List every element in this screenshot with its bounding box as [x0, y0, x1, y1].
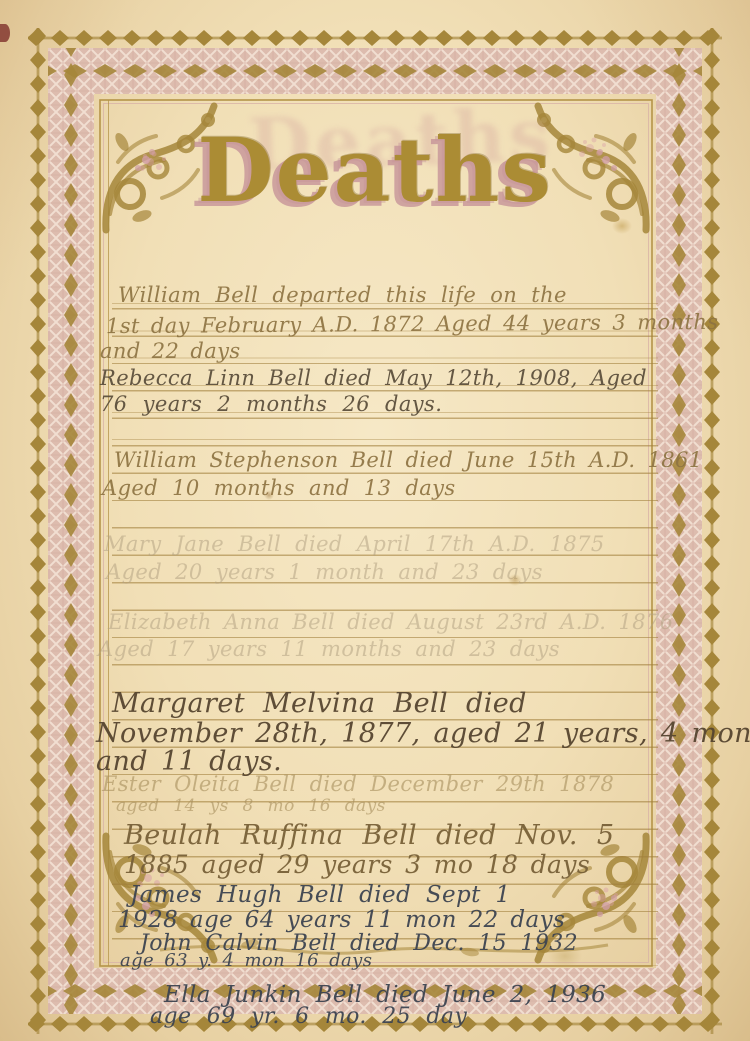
entry-john-calvin-bell-line2: age 63 y. 4 mon 16 days — [120, 950, 372, 972]
border-diamonds-top — [48, 63, 702, 79]
entry-margaret-melvina-bell-line1: Margaret Melvina Bell died — [112, 688, 527, 720]
entry-rebecca-linn-bell-line2: 76 years 2 months 26 days. — [100, 392, 442, 417]
page-title: Deaths — [0, 118, 750, 222]
entry-william-bell-line2: 1st day February A.D. 1872 Aged 44 years… — [106, 310, 719, 339]
entry-elizabeth-anna-bell-line1: Elizabeth Anna Bell died August 23rd A.D… — [108, 610, 674, 635]
entry-william-stephenson-bell-line1: William Stephenson Bell died June 15th A… — [114, 448, 703, 473]
entry-william-stephenson-bell-line2: Aged 10 months and 13 days — [102, 476, 456, 501]
entry-james-hugh-bell-line1: James Hugh Bell died Sept 1 — [130, 882, 511, 910]
entry-mary-jane-bell-line2: Aged 20 years 1 month and 23 days — [106, 560, 543, 585]
entry-mary-jane-bell-line1: Mary Jane Bell died April 17th A.D. 1875 — [104, 532, 605, 557]
entry-rebecca-linn-bell-line1: Rebecca Linn Bell died May 12th, 1908, A… — [100, 366, 647, 391]
scanned-register-page: Deaths Deaths William Bell departed this… — [0, 0, 750, 1041]
entry-william-bell-line1: William Bell departed this life on the — [118, 283, 567, 308]
entry-beulah-ruffina-bell-line2: 1885 aged 29 years 3 mo 18 days — [124, 850, 590, 880]
entry-ester-oleita-bell-line1: Ester Oleita Bell died December 29th 187… — [102, 772, 614, 797]
entry-ella-junkin-bell-line2: age 69 yr. 6 mo. 25 day — [150, 1004, 467, 1030]
entry-beulah-ruffina-bell-line1: Beulah Ruffina Bell died Nov. 5 — [124, 820, 614, 852]
border-chain-top — [28, 28, 722, 48]
entry-william-bell-line3: and 22 days — [100, 339, 241, 364]
entry-elizabeth-anna-bell-line2: Aged 17 years 11 months and 23 days — [98, 637, 560, 662]
entry-ester-oleita-bell-line2: aged 14 ys 8 mo 16 days — [116, 796, 386, 816]
